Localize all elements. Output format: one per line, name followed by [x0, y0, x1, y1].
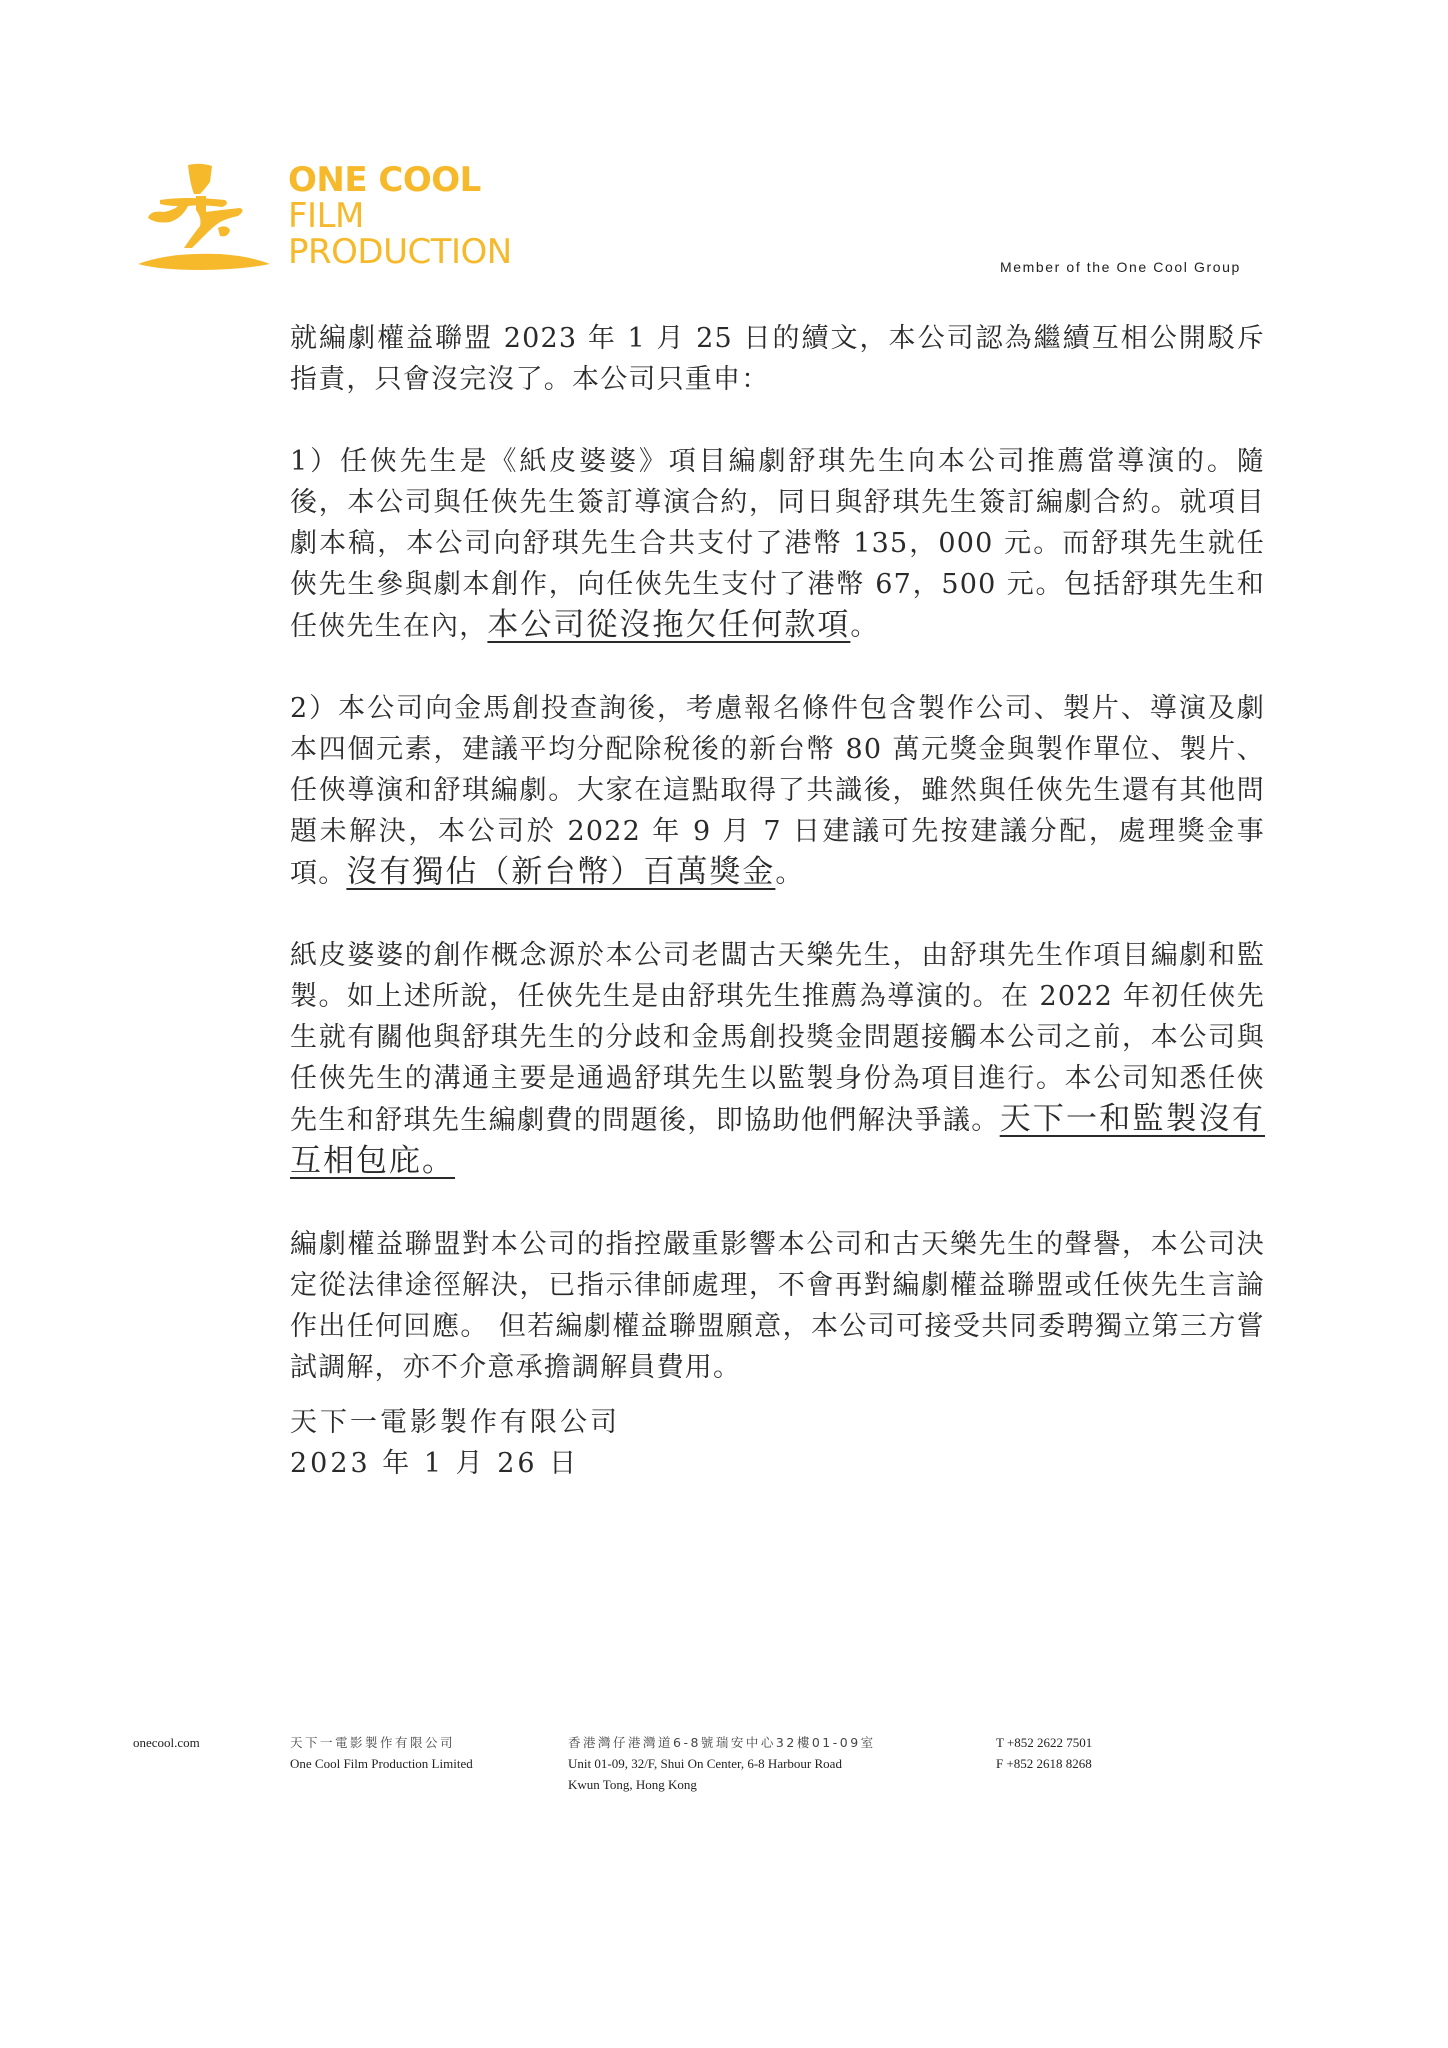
- company-name-en: One Cool Film Production Limited: [290, 1753, 473, 1774]
- signature-date: 2023 年 1 月 26 日: [290, 1443, 620, 1484]
- footer-website-col: onecool.com: [133, 1732, 200, 1753]
- paragraph-legal-action: 編劇權益聯盟對本公司的指控嚴重影響本公司和古天樂先生的聲譽，本公司決定從法律途徑…: [290, 1224, 1265, 1388]
- underlined-emphasis: 本公司從沒拖欠任何款項: [487, 607, 850, 643]
- paragraph-point-1: 1）任俠先生是《紙皮婆婆》項目編劇舒琪先生向本公司推薦當導演的。隨後，本公司與任…: [290, 441, 1265, 647]
- footer-contact-col: T +852 2622 7501 F +852 2618 8268: [996, 1732, 1092, 1774]
- logo-wordmark: ONE COOL FILM PRODUCTION: [288, 162, 512, 270]
- company-logo: ONE COOL FILM PRODUCTION: [130, 160, 550, 280]
- paragraph-background: 紙皮婆婆的創作概念源於本公司老闆古天樂先生，由舒琪先生作項目編劇和監製。如上述所…: [290, 935, 1265, 1183]
- signature-company: 天下一電影製作有限公司: [290, 1402, 620, 1443]
- paragraph-text: 就編劇權益聯盟 2023 年 1 月 25 日的續文，本公司認為繼續互相公開駁斥…: [290, 323, 1265, 395]
- member-of-group-text: Member of the One Cool Group: [1000, 259, 1241, 275]
- fax-number: F +852 2618 8268: [996, 1753, 1092, 1774]
- paragraph-point-2: 2）本公司向金馬創投查詢後，考慮報名條件包含製作公司、製片、導演及劇本四個元素，…: [290, 688, 1265, 894]
- website-link[interactable]: onecool.com: [133, 1732, 200, 1753]
- signature-block: 天下一電影製作有限公司 2023 年 1 月 26 日: [290, 1402, 620, 1484]
- paragraph-tail: 。: [775, 858, 803, 889]
- footer-address-col: 香港灣仔港灣道6-8號瑞安中心32樓01-09室 Unit 01-09, 32/…: [568, 1732, 876, 1795]
- logo-line-1: ONE COOL: [288, 162, 512, 198]
- phone-number: T +852 2622 7501: [996, 1732, 1092, 1753]
- address-zh: 香港灣仔港灣道6-8號瑞安中心32樓01-09室: [568, 1732, 876, 1753]
- underlined-emphasis: 沒有獨佔（新台幣）百萬獎金: [346, 854, 775, 890]
- logo-line-2: FILM: [288, 198, 512, 234]
- footer-company-col: 天下一電影製作有限公司 One Cool Film Production Lim…: [290, 1732, 473, 1774]
- company-name-zh: 天下一電影製作有限公司: [290, 1732, 473, 1753]
- paragraph-intro: 就編劇權益聯盟 2023 年 1 月 25 日的續文，本公司認為繼續互相公開駁斥…: [290, 318, 1265, 400]
- address-en-line1: Unit 01-09, 32/F, Shui On Center, 6-8 Ha…: [568, 1753, 876, 1774]
- address-en-line2: Kwun Tong, Hong Kong: [568, 1774, 876, 1795]
- paragraph-tail: 。: [850, 611, 878, 642]
- one-cool-brushstroke-logo-icon: [130, 160, 290, 280]
- paragraph-text: 編劇權益聯盟對本公司的指控嚴重影響本公司和古天樂先生的聲譽，本公司決定從法律途徑…: [290, 1229, 1265, 1383]
- statement-body: 就編劇權益聯盟 2023 年 1 月 25 日的續文，本公司認為繼續互相公開駁斥…: [290, 318, 1265, 1429]
- logo-line-3: PRODUCTION: [288, 234, 512, 270]
